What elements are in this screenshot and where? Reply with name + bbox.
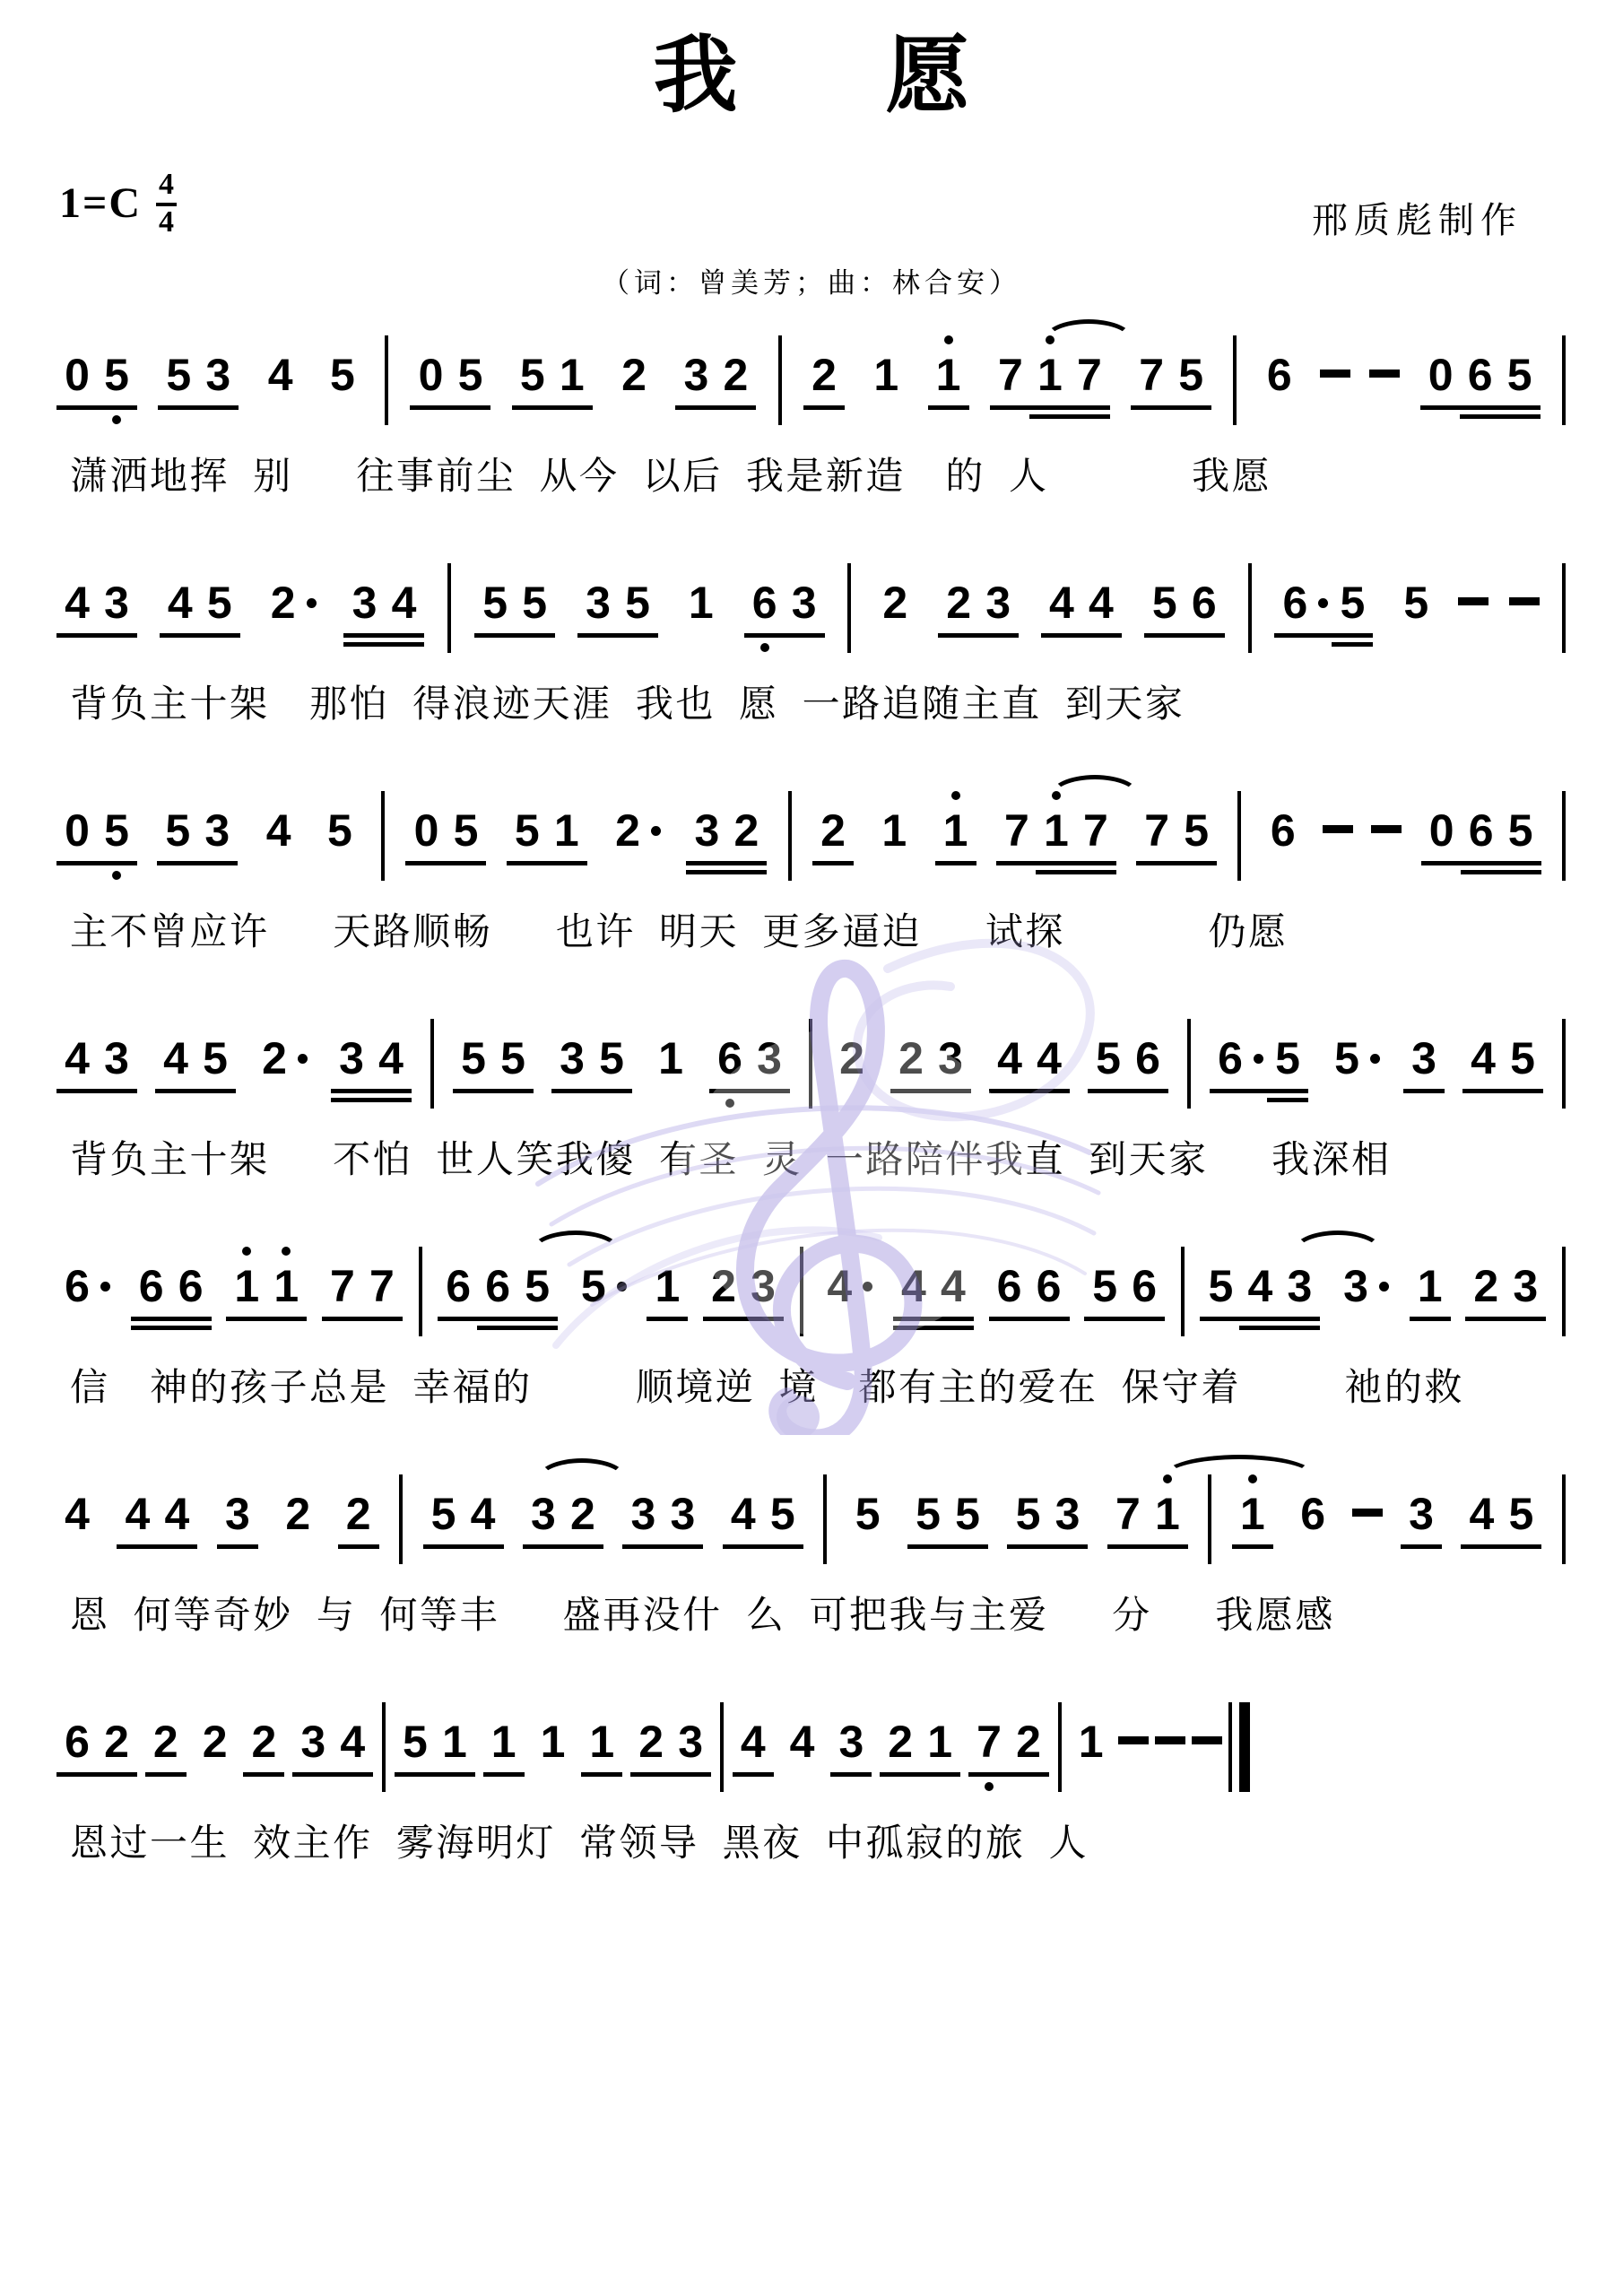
note: 3 (97, 1033, 136, 1083)
note: 4 (57, 578, 97, 628)
eighth-underline (96, 861, 137, 865)
eighth-underline (243, 1772, 284, 1777)
eighth-underline (1249, 1089, 1269, 1093)
note: 3 (293, 1717, 333, 1767)
eighth-underline (1107, 1544, 1149, 1549)
eighth-underline (577, 633, 619, 638)
lyrics-line: 恩过一生 效主作 雾海明灯 常领导 黑夜 中孤寂的旅 人 (56, 1813, 1567, 1867)
note: 4 (371, 1033, 411, 1083)
note: 6 (1260, 350, 1299, 400)
note: 6 (171, 1261, 211, 1311)
note: 6 (1124, 1261, 1164, 1311)
note-group: 543 (1201, 1261, 1319, 1311)
sixteenth-underline (1239, 1326, 1280, 1330)
lyrics-line: 潇洒地挥 别 往事前尘 从今 以后 我是新造 的 人 我愿 (56, 447, 1567, 500)
note-group: 45 (1462, 1489, 1541, 1539)
note-group: 2 (614, 350, 654, 400)
system: 0553450551232211717756065潇洒地挥 别 往事前尘 从今 … (56, 317, 1567, 500)
sixteenth-underline (1499, 414, 1541, 419)
eighth-underline (617, 633, 658, 638)
note-group: 4 (259, 805, 299, 856)
eighth-underline (1170, 405, 1211, 410)
eighth-underline (56, 861, 98, 865)
eighth-underline (158, 405, 199, 410)
note: 3 (785, 578, 824, 628)
sixteenth-underline (1332, 642, 1373, 647)
note-group: 75 (1132, 350, 1211, 400)
note-group: 5 (1327, 1033, 1384, 1083)
note: 5 (1145, 578, 1185, 628)
eighth-underline (1036, 861, 1077, 865)
eighth-underline (742, 1317, 784, 1321)
eighth-underline (226, 1317, 267, 1321)
note-group: 2 (146, 1717, 186, 1767)
note-group: 4 (261, 350, 300, 400)
note: 4 (783, 1717, 822, 1767)
note: 1 (435, 1717, 474, 1767)
eighth-underline (989, 1317, 1030, 1321)
note-group: 35 (578, 578, 657, 628)
note-group: 3 (218, 1489, 257, 1539)
note: 3 (663, 1489, 702, 1539)
eighth-underline (1403, 1089, 1445, 1093)
sixteenth-underline (686, 870, 727, 874)
note: 4 (990, 1033, 1029, 1083)
note: 4 (933, 1261, 973, 1311)
note: 6 (132, 1261, 171, 1311)
eighth-underline (370, 1089, 412, 1093)
eighth-underline (331, 1089, 372, 1093)
note-group: 44 (1042, 578, 1121, 628)
note: 4 (1240, 1261, 1280, 1311)
note: 1 (647, 1261, 687, 1311)
note-group: 45 (156, 1033, 235, 1083)
note: 5 (908, 1489, 948, 1539)
note: 5 (195, 1033, 235, 1083)
eighth-underline (56, 633, 98, 638)
eighth-underline (131, 1317, 172, 1321)
sixteenth-underline (1075, 870, 1116, 874)
note: 5 (1268, 1033, 1307, 1083)
note-group: 77 (323, 1261, 402, 1311)
lyrics-line: 信 神的孩子总是 幸福的 顺境逆 境 都有主的爱在 保守着 祂的救 (56, 1358, 1567, 1412)
note: 3 (1404, 1033, 1444, 1083)
note: 5 (1089, 1033, 1128, 1083)
barline (447, 563, 451, 653)
note: 5 (592, 1033, 631, 1083)
eighth-underline (405, 861, 447, 865)
note: 6 (1263, 805, 1303, 856)
eighth-underline (581, 1772, 622, 1777)
note-group: 56 (1085, 1261, 1164, 1311)
eighth-underline (170, 1317, 212, 1321)
sixteenth-underline (1036, 870, 1077, 874)
note-group: 54 (424, 1489, 503, 1539)
note: 3 (1506, 1261, 1545, 1311)
eighth-underline (145, 1772, 187, 1777)
note: 5 (159, 350, 198, 400)
note: 2 (881, 1717, 920, 1767)
eighth-underline (1008, 1772, 1049, 1777)
eighth-underline (332, 1772, 373, 1777)
dash-note (1458, 597, 1488, 605)
barline (800, 1247, 803, 1336)
time-signature-bottom: 4 (156, 206, 177, 239)
note: 4 (1042, 578, 1081, 628)
eighth-underline (516, 1317, 558, 1321)
note: 5 (97, 805, 136, 856)
barline (778, 335, 782, 425)
note-group: 5 (574, 1261, 631, 1311)
note-group: 1 (1233, 1489, 1272, 1539)
note-group: 4 (733, 1717, 773, 1767)
note: 4 (724, 1489, 763, 1539)
note: 2 (631, 1717, 671, 1767)
note-group: 5 (1396, 578, 1436, 628)
note-group: 1 (1410, 1261, 1450, 1311)
eighth-underline (893, 1317, 934, 1321)
eighth-underline (938, 633, 979, 638)
dot-glyph (100, 1282, 110, 1291)
note-group: 6 (57, 1261, 115, 1311)
notation-line: 434523455351632234456655 (56, 545, 1567, 653)
note: 6 (1293, 1489, 1332, 1539)
eighth-underline (725, 861, 767, 865)
note-group: 44 (894, 1261, 973, 1311)
note: 6 (1029, 1261, 1069, 1311)
note-group: 65 (1211, 1033, 1307, 1083)
eighth-underline (1075, 861, 1116, 865)
dot-glyph (1379, 1282, 1389, 1291)
note-group: 3 (1336, 1261, 1393, 1311)
eighth-underline (56, 405, 98, 410)
note: 5 (1201, 1261, 1240, 1311)
eighth-underline (1147, 1544, 1188, 1549)
eighth-underline (1500, 861, 1541, 865)
eighth-underline (195, 1089, 236, 1093)
title-char: 我 (653, 30, 737, 123)
note: 0 (57, 805, 97, 856)
eighth-underline (1176, 861, 1217, 865)
note-group: 32 (687, 805, 766, 856)
eighth-underline (662, 1544, 703, 1549)
note: 1 (534, 1717, 573, 1767)
note: 5 (513, 350, 552, 400)
eighth-underline (197, 405, 239, 410)
eighth-underline (265, 1317, 307, 1321)
barline (1562, 335, 1566, 425)
note-group: 2 (278, 1489, 317, 1539)
augmentation-dot-note (1376, 1261, 1393, 1311)
note: 6 (990, 1261, 1029, 1311)
note-group: 5 (323, 350, 362, 400)
eighth-underline (723, 1544, 764, 1549)
notation-line: 0553450551232211717756065 (56, 317, 1567, 425)
eighth-underline (762, 1544, 803, 1549)
augmentation-dot-note (1367, 1033, 1384, 1083)
note-group: 66 (990, 1261, 1069, 1311)
eighth-underline (1421, 861, 1462, 865)
note: 4 (333, 1717, 372, 1767)
eighth-underline (933, 1317, 974, 1321)
note-group: 34 (344, 578, 423, 628)
note: 2 (614, 350, 654, 400)
eighth-underline (96, 633, 137, 638)
note-group: 45 (161, 578, 239, 628)
lyrics-line: 背负主十架 不怕 世人笑我傻 有圣 灵 一路陪伴我直 到天家 我深相 (56, 1130, 1567, 1184)
barline (720, 1702, 724, 1792)
eighth-underline (703, 1317, 744, 1321)
octave-dot-high (944, 335, 953, 344)
eighth-underline (1500, 1544, 1541, 1549)
note-group: 4 (820, 1261, 877, 1311)
sixteenth-underline (725, 870, 767, 874)
note: 5 (450, 350, 490, 400)
eighth-underline (512, 405, 553, 410)
note-group: 43 (57, 578, 136, 628)
note: 7 (997, 805, 1037, 856)
barline (1248, 563, 1252, 653)
arranger-credit: 邢质彪制作 (1312, 192, 1523, 243)
sixteenth-underline (1500, 870, 1541, 874)
eighth-underline (117, 1544, 158, 1549)
note-group: 065 (1422, 805, 1541, 856)
augmentation-dot-note (859, 1261, 877, 1311)
note-group: 23 (704, 1261, 783, 1311)
note: 5 (1327, 1033, 1367, 1083)
octave-dot-high (1248, 1474, 1257, 1483)
note-group: 75 (1137, 805, 1216, 856)
eighth-underline (1041, 633, 1082, 638)
note: 5 (158, 805, 197, 856)
sixteenth-underline (1279, 1326, 1320, 1330)
note: 5 (517, 1261, 557, 1311)
dot-glyph (298, 1054, 308, 1064)
note: 5 (1008, 1489, 1047, 1539)
note-group: 32 (676, 350, 755, 400)
sixteenth-underline (1460, 414, 1501, 419)
note: 1 (547, 805, 586, 856)
note-group: 53 (158, 805, 237, 856)
note: 0 (411, 350, 450, 400)
eighth-underline (1028, 1089, 1070, 1093)
eighth-underline (1267, 1089, 1308, 1093)
eighth-underline (492, 1089, 534, 1093)
note: 4 (1463, 1033, 1503, 1083)
eighth-underline (96, 1772, 137, 1777)
note: 6 (710, 1033, 750, 1083)
eighth-underline (1069, 405, 1110, 410)
notation-line: 434523455351632234456655345 (56, 1001, 1567, 1109)
note: 4 (261, 350, 300, 400)
sixteenth-underline (370, 1098, 412, 1102)
note-group: 11 (227, 1261, 306, 1311)
note-group: 2 (195, 1717, 235, 1767)
eighth-underline (890, 1089, 932, 1093)
eighth-underline (523, 1544, 564, 1549)
eighth-underline (996, 861, 1037, 865)
note: 6 (1128, 1033, 1167, 1083)
eighth-underline (919, 1772, 960, 1777)
note-group: 23 (631, 1717, 710, 1767)
notation-line: 44432254323345555537116345 (56, 1457, 1567, 1564)
sixteenth-underline (1029, 414, 1071, 419)
barline (788, 791, 792, 881)
eighth-underline (343, 633, 385, 638)
eighth-underline (1461, 861, 1502, 865)
note: 4 (820, 1261, 859, 1311)
eighth-underline (1279, 1317, 1320, 1321)
eighth-underline (551, 1089, 593, 1093)
note-group: 5 (320, 805, 360, 856)
dash-note (1155, 1736, 1185, 1744)
note: 3 (1047, 1489, 1087, 1539)
note-group: 1 (647, 1261, 687, 1311)
octave-dot-low (112, 871, 121, 880)
octave-dot-low (112, 415, 121, 424)
note: 2 (146, 1717, 186, 1767)
augmentation-dot-note (647, 805, 665, 856)
octave-dot-high (951, 791, 960, 800)
note-group: 51 (395, 1717, 474, 1767)
note: 5 (1503, 1033, 1542, 1083)
note: 4 (1462, 1489, 1501, 1539)
barline (381, 791, 385, 881)
note: 2 (97, 1717, 136, 1767)
eighth-underline (784, 633, 825, 638)
eighth-underline (292, 1772, 334, 1777)
eighth-underline (453, 1089, 494, 1093)
note: 5 (574, 1261, 613, 1311)
barline (1562, 1474, 1566, 1564)
dash-note (1509, 597, 1540, 605)
sixteenth-underline (516, 1326, 558, 1330)
eighth-underline (907, 1544, 949, 1549)
note-group: 05 (57, 350, 136, 400)
note: 6 (57, 1261, 97, 1311)
eighth-underline (977, 633, 1019, 638)
note: 4 (57, 1489, 97, 1539)
note: 5 (1085, 1261, 1124, 1311)
note: 3 (218, 1489, 257, 1539)
note-group: 55 (454, 1033, 533, 1083)
eighth-underline (438, 1317, 479, 1321)
note: 5 (493, 1033, 533, 1083)
eighth-underline (1401, 1544, 1442, 1549)
note: 3 (743, 1261, 783, 1311)
note: 4 (259, 805, 299, 856)
eighth-underline (56, 1089, 98, 1093)
eighth-underline (156, 1544, 197, 1549)
note-group: 3 (1404, 1033, 1444, 1083)
note-group: 1 (534, 1717, 573, 1767)
note: 7 (1137, 805, 1176, 856)
note-group: 717 (997, 805, 1115, 856)
lyrics-line: 恩 何等奇妙 与 何等丰 盛再没什 么 可把我与主爱 分 我愿感 (56, 1586, 1567, 1639)
sixteenth-underline (331, 1098, 372, 1102)
augmentation-dot-note (294, 1033, 312, 1083)
note: 2 (704, 1261, 743, 1311)
note: 4 (156, 1033, 195, 1083)
note-group: 2 (244, 1717, 283, 1767)
note: 3 (750, 1033, 789, 1083)
note: 3 (671, 1717, 710, 1767)
note-group: 65 (1275, 578, 1372, 628)
eighth-underline (562, 1544, 603, 1549)
note: 6 (1462, 805, 1501, 856)
note-group: 2 (255, 1033, 312, 1083)
lyrics-line: 背负主十架 那怕 得浪迹天涯 我也 愿 一路追随主直 到天家 (56, 674, 1567, 728)
octave-dot-high (242, 1247, 251, 1256)
note: 3 (97, 578, 136, 628)
note: 3 (978, 578, 1018, 628)
eighth-underline (1131, 405, 1172, 410)
augmentation-dot-note (97, 1261, 115, 1311)
eighth-underline (1127, 1089, 1168, 1093)
eighth-underline (1200, 1317, 1241, 1321)
sixteenth-underline (170, 1326, 212, 1330)
note: 4 (733, 1717, 773, 1767)
note-group: 32 (524, 1489, 603, 1539)
eighth-underline (361, 1317, 403, 1321)
note-group: 45 (724, 1489, 803, 1539)
note-group: 51 (513, 350, 592, 400)
note-group: 2 (608, 805, 665, 856)
eighth-underline (1420, 405, 1462, 410)
note: 1 (866, 350, 906, 400)
augmentation-dot-note (613, 1261, 631, 1311)
note: 7 (1070, 350, 1109, 400)
note: 5 (1500, 350, 1540, 400)
augmentation-dot-note (303, 578, 321, 628)
note: 1 (651, 1033, 690, 1083)
eighth-underline (749, 1089, 790, 1093)
note-group: 55 (475, 578, 554, 628)
note: 2 (813, 805, 853, 856)
eighth-underline (410, 405, 451, 410)
eighth-underline (1028, 1317, 1070, 1321)
barline (1187, 1019, 1191, 1109)
notation-line: 6661177665512344466565433123 (56, 1229, 1567, 1336)
dash-note (1320, 370, 1350, 378)
dash-note (1192, 1736, 1222, 1744)
barline (1562, 563, 1566, 653)
note-group: 1 (681, 578, 721, 628)
note-group: 1 (651, 1033, 690, 1083)
barline-thin (1228, 1702, 1232, 1792)
eighth-underline (1136, 861, 1177, 865)
eighth-underline (744, 633, 785, 638)
note-group: 45 (1463, 1033, 1542, 1083)
note: 2 (244, 1717, 283, 1767)
note-group: 2 (875, 578, 915, 628)
eighth-underline (434, 1772, 475, 1777)
note-group: 1 (874, 805, 914, 856)
note: 2 (255, 1033, 294, 1083)
barline (419, 1247, 422, 1336)
note: 1 (1148, 1489, 1187, 1539)
system: 0553450551232211717756065主不曾应许 天路顺畅 也许 明… (56, 773, 1567, 956)
eighth-underline (709, 1089, 751, 1093)
note-group: 21 (881, 1717, 959, 1767)
note-group: 3 (831, 1717, 871, 1767)
note: 4 (384, 578, 423, 628)
notation-line: 6222234511112344321721 (56, 1684, 1250, 1792)
eighth-underline (1232, 1544, 1273, 1549)
eighth-underline (880, 1772, 921, 1777)
note: 3 (198, 350, 238, 400)
note-group: 63 (710, 1033, 789, 1083)
